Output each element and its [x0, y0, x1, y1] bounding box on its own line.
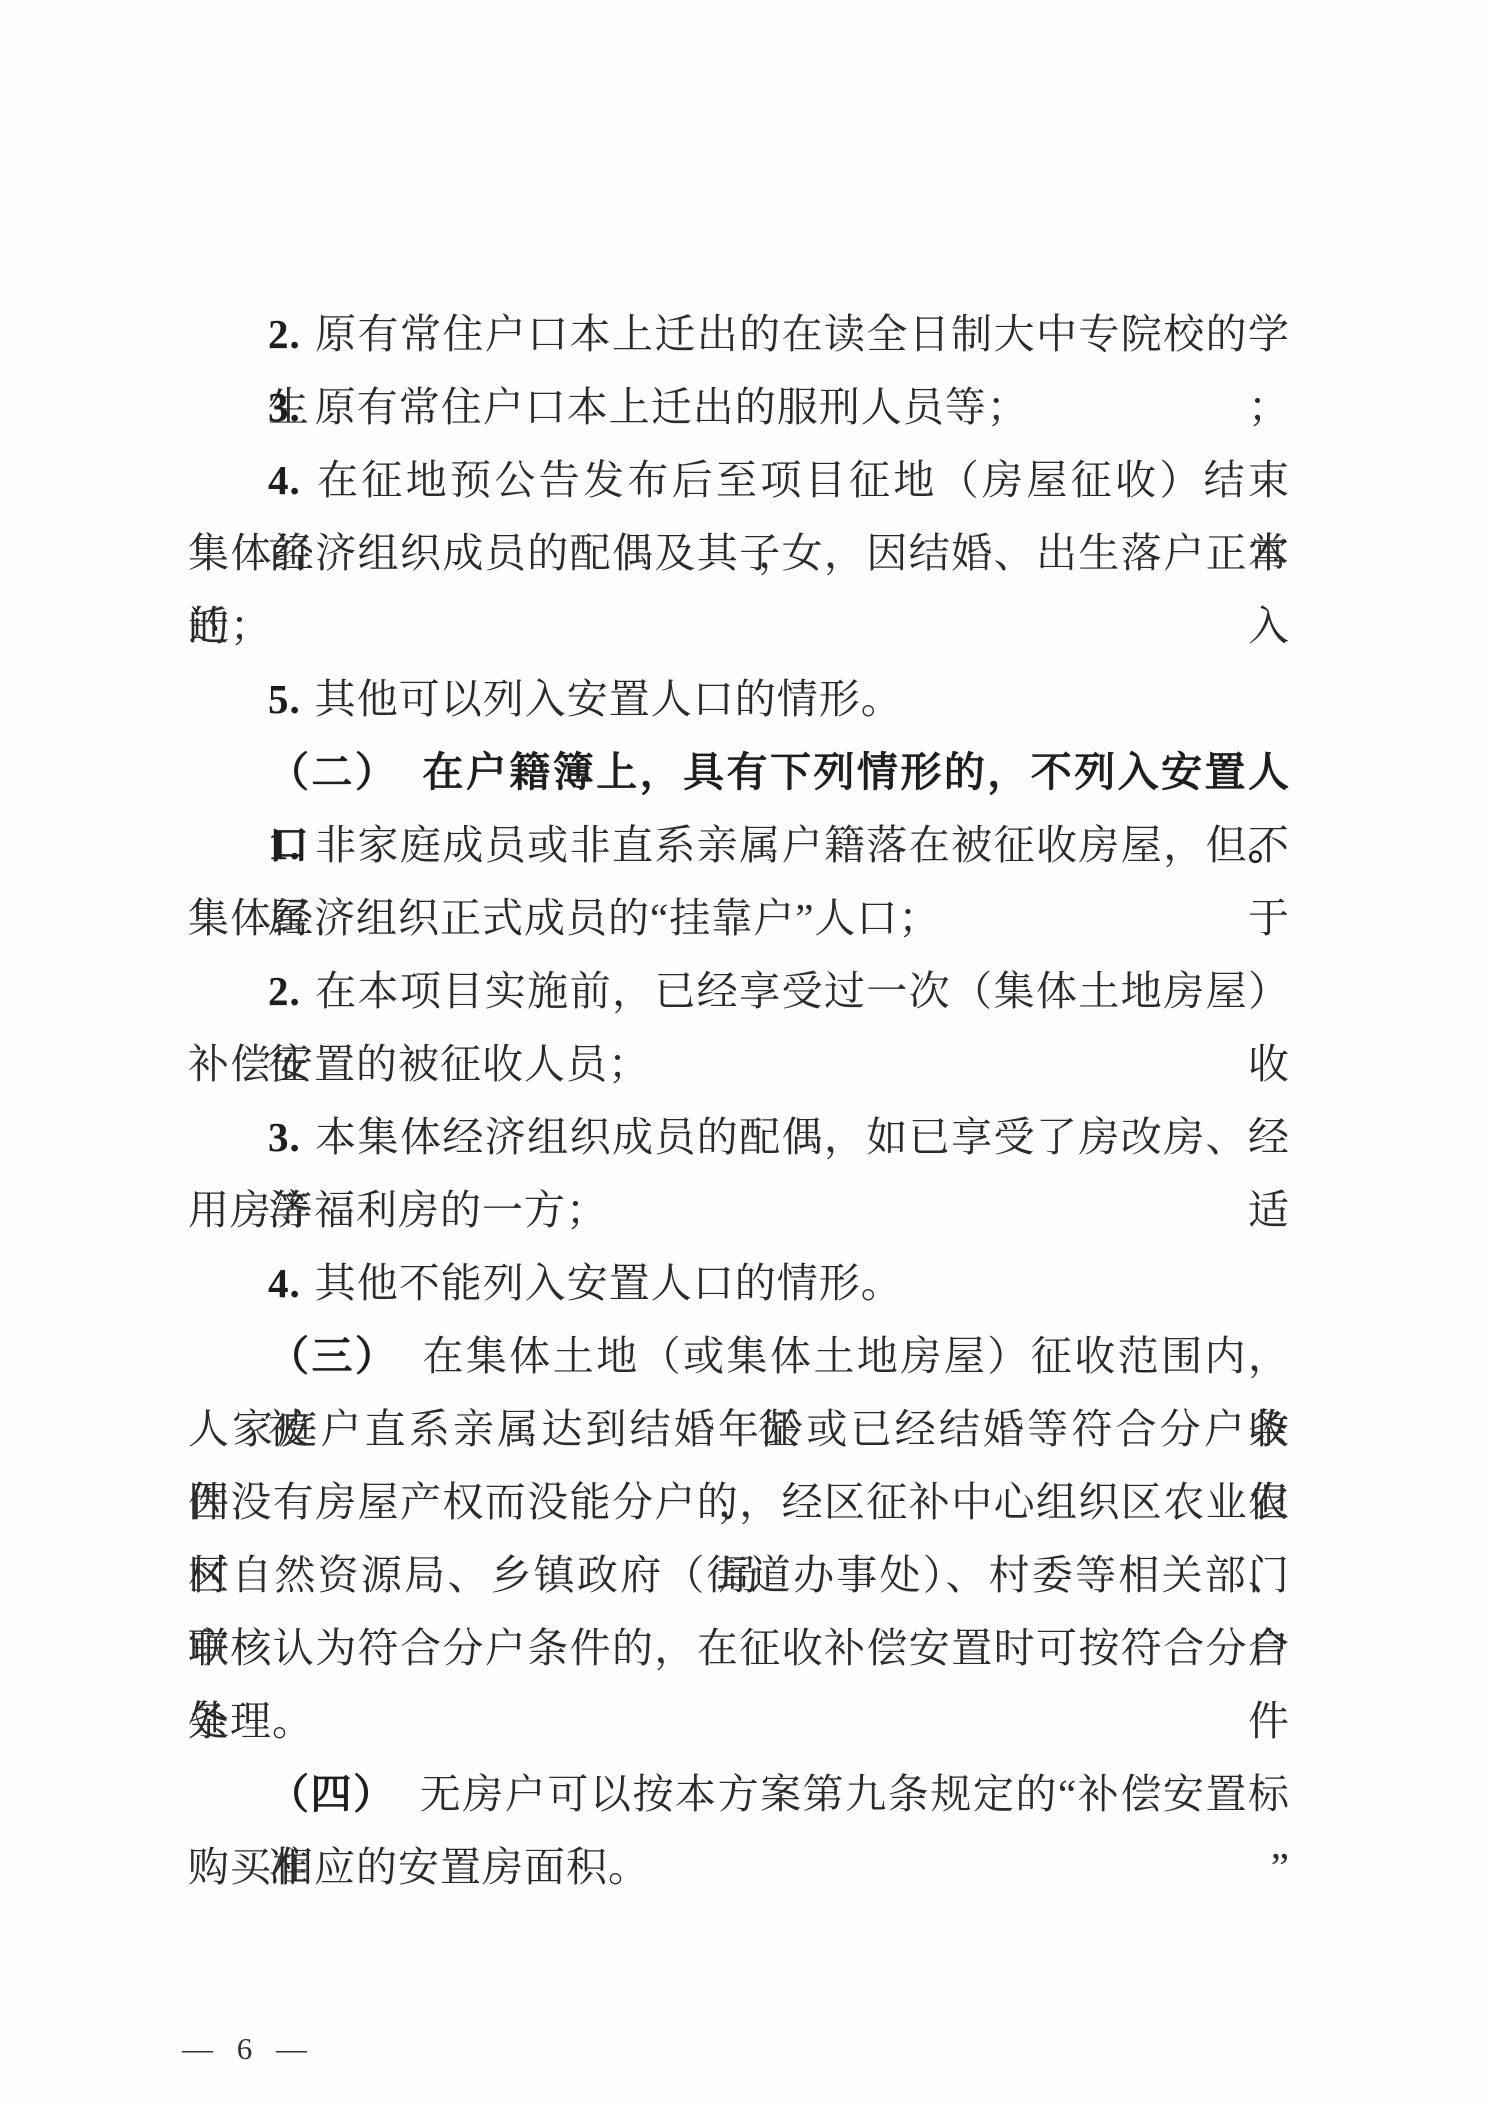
text-line: 集体经济组织成员的配偶及其子女，因结婚、出生落户正常迁入: [188, 517, 1290, 590]
section-label: （四）: [268, 1771, 396, 1817]
line-text: 集体经济组织成员的配偶及其子女，因结婚、出生落户正常迁入: [188, 530, 1290, 649]
text-line: 审核认为符合分户条件的，在征收补偿安置时可按符合分户条件: [188, 1612, 1290, 1685]
text-line: 4.在征地预公告发布后至项目征地（房屋征收）结束前，本: [188, 444, 1290, 517]
section-heading: （四）无房户可以按本方案第九条规定的“补偿安置标准”: [188, 1758, 1290, 1831]
line-text: 的；: [188, 603, 272, 649]
text-line: 3.本集体经济组织成员的配偶，如已享受了房改房、经济适: [188, 1101, 1290, 1174]
item-number: 3.: [268, 1114, 301, 1160]
section-heading: （三）在集体土地（或集体土地房屋）征收范围内，被征收: [188, 1320, 1290, 1393]
line-text: 用房等福利房的一方；: [188, 1187, 608, 1233]
text-line: 2.原有常住户口本上迁出的在读全日制大中专院校的学生；: [188, 298, 1290, 371]
line-text: 审核认为符合分户条件的，在征收补偿安置时可按符合分户条件: [188, 1625, 1290, 1744]
section-label: （三）: [268, 1333, 398, 1379]
item-number: 1.: [268, 822, 301, 868]
text-line: 4.其他不能列入安置人口的情形。: [188, 1247, 1290, 1320]
item-number: 4.: [268, 457, 301, 503]
item-number: 2.: [268, 968, 301, 1014]
page-number: — 6 —: [182, 2026, 315, 2072]
line-text: 其他可以列入安置人口的情形。: [315, 676, 903, 722]
text-line: 2.在本项目实施前，已经享受过一次（集体土地房屋）征收: [188, 955, 1290, 1028]
section-label: （二）: [268, 749, 398, 795]
text-line: 5.其他可以列入安置人口的情形。: [188, 663, 1290, 736]
section-heading: （二）在户籍簿上，具有下列情形的，不列入安置人口。: [188, 736, 1290, 809]
item-number: 3.: [268, 384, 301, 430]
text-line: 因没有房屋产权而没能分户的，经区征补中心组织区农业农村局、: [188, 1466, 1290, 1539]
item-number: 2.: [268, 311, 301, 357]
line-text: 补偿安置的被征收人员；: [188, 1041, 650, 1087]
line-text: 其他不能列入安置人口的情形。: [315, 1260, 903, 1306]
item-number: 5.: [268, 676, 301, 722]
line-text: 购买相应的安置房面积。: [188, 1844, 650, 1890]
line-text: 原有常住户口本上迁出的服刑人员等；: [315, 384, 1029, 430]
line-text: 集体经济组织正式成员的“挂靠户”人口；: [188, 895, 940, 941]
line-text: 处理。: [188, 1698, 314, 1744]
document-body: 2.原有常住户口本上迁出的在读全日制大中专院校的学生； 3.原有常住户口本上迁出…: [188, 298, 1290, 1904]
text-line: 人家庭户直系亲属达到结婚年龄或已经结婚等符合分户条件，但: [188, 1393, 1290, 1466]
item-number: 4.: [268, 1260, 301, 1306]
document-page: 2.原有常住户口本上迁出的在读全日制大中专院校的学生； 3.原有常住户口本上迁出…: [0, 0, 1488, 2104]
text-line: 区自然资源局、乡镇政府（街道办事处）、村委等相关部门联合: [188, 1539, 1290, 1612]
text-line: 1.非家庭成员或非直系亲属户籍落在被征收房屋，但不属于: [188, 809, 1290, 882]
